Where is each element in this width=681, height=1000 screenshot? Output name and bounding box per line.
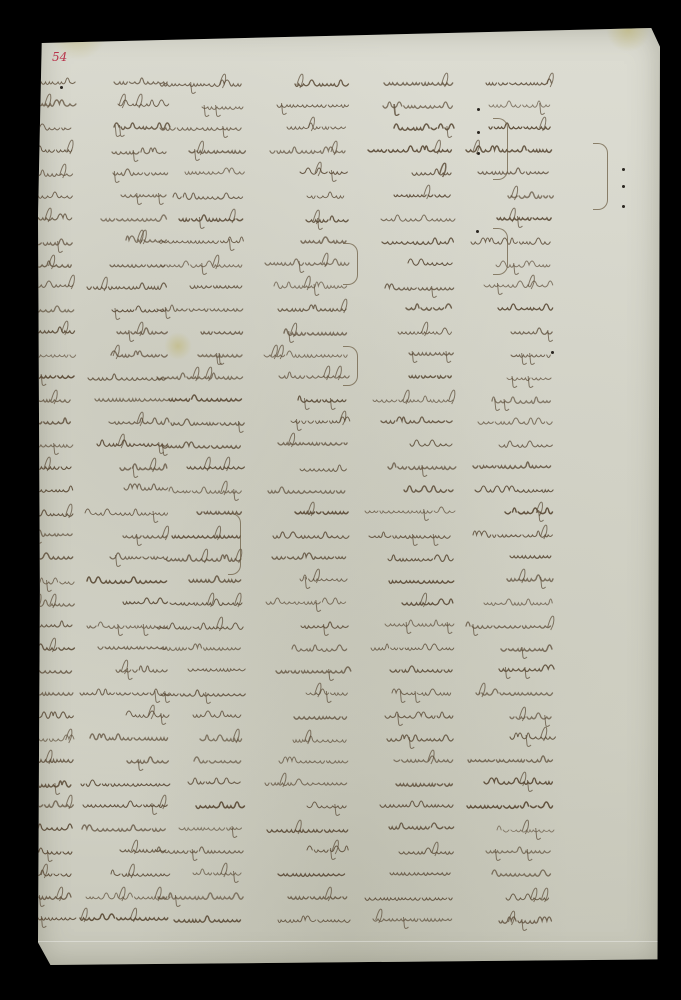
- word-entry: [506, 888, 550, 902]
- word-entry: [484, 275, 550, 289]
- word-entry: [190, 276, 240, 290]
- word-entry: [409, 366, 450, 380]
- word-entry: [88, 368, 165, 382]
- margin-dot: [477, 108, 480, 111]
- word-entry: [173, 187, 240, 201]
- word-entry: [7, 504, 70, 518]
- word-entry: [385, 706, 450, 720]
- word-entry: [492, 391, 550, 405]
- word-entry: [307, 186, 345, 200]
- word-entry: [298, 390, 345, 404]
- word-entry: [404, 480, 450, 494]
- word-entry: [371, 638, 450, 652]
- word-entry: [111, 864, 165, 878]
- word-entry: [277, 95, 345, 109]
- word-entry: [27, 547, 70, 561]
- word-entry: [161, 255, 240, 269]
- word-entry: [171, 413, 240, 427]
- word-entry: [18, 842, 70, 856]
- word-entry: [188, 772, 240, 786]
- grouping-bracket: [493, 228, 508, 275]
- word-entry: [124, 478, 165, 492]
- word-entry: [264, 345, 345, 359]
- word-entry: [111, 345, 165, 359]
- word-entry: [468, 750, 550, 764]
- word-entry: [486, 841, 550, 855]
- word-entry: [412, 163, 450, 177]
- word-entry: [373, 390, 450, 404]
- word-entry: [385, 278, 450, 292]
- word-entry: [466, 616, 550, 630]
- word-entry: [0, 118, 70, 132]
- word-entry: [489, 95, 550, 109]
- word-entry: [0, 729, 70, 743]
- word-entry: [279, 751, 345, 765]
- word-entry: [511, 345, 550, 359]
- word-entry: [162, 436, 240, 450]
- word-entry: [126, 705, 165, 719]
- word-entry: [278, 864, 345, 878]
- word-entry: [287, 117, 345, 131]
- margin-dot: [476, 230, 479, 233]
- word-entry: [383, 96, 450, 110]
- margin-dot: [60, 86, 63, 89]
- word-entry: [120, 840, 165, 854]
- word-entry: [294, 707, 345, 721]
- word-entry: [399, 842, 450, 856]
- margin-dot: [622, 205, 625, 208]
- word-entry: [390, 660, 450, 674]
- grouping-bracket: [228, 513, 241, 575]
- word-entry: [473, 456, 550, 470]
- word-entry: [27, 818, 70, 832]
- word-entry: [291, 411, 345, 425]
- word-entry: [368, 140, 450, 154]
- word-entry: [270, 141, 345, 155]
- word-entry: [510, 707, 550, 721]
- word-entry: [110, 255, 165, 269]
- word-entry: [20, 164, 70, 178]
- word-entry: [17, 412, 70, 426]
- word-entry: [381, 411, 450, 425]
- word-entry: [278, 433, 345, 447]
- word-entry: [85, 503, 165, 517]
- word-entry: [0, 186, 70, 200]
- word-entry: [295, 502, 345, 516]
- word-entry: [97, 434, 165, 448]
- word-entry: [200, 729, 240, 743]
- word-entry: [510, 546, 550, 560]
- word-entry: [87, 277, 165, 291]
- word-entry: [0, 390, 70, 404]
- word-entry: [288, 887, 345, 901]
- word-entry: [499, 659, 550, 673]
- word-entry: [369, 526, 450, 540]
- word-entry: [0, 208, 70, 222]
- word-entry: [381, 209, 450, 223]
- word-entry: [505, 502, 550, 516]
- word-entry: [80, 683, 165, 697]
- word-entry: [279, 366, 345, 380]
- word-entry: [194, 751, 240, 765]
- word-entry: [511, 322, 550, 336]
- word-entry: [202, 97, 240, 111]
- word-entry: [160, 118, 240, 132]
- word-entry: [16, 795, 70, 809]
- word-entry: [118, 94, 165, 108]
- word-entry: [86, 887, 165, 901]
- word-entry: [484, 593, 550, 607]
- word-entry: [82, 819, 165, 833]
- word-entry: [293, 730, 345, 744]
- word-entry: [126, 230, 165, 244]
- word-entry: [2, 140, 70, 154]
- word-entry: [95, 389, 165, 403]
- word-entry: [187, 457, 240, 471]
- word-entry: [25, 524, 70, 538]
- word-entry: [473, 525, 550, 539]
- word-entry: [160, 74, 240, 88]
- word-entry: [116, 660, 165, 674]
- word-entry: [295, 74, 345, 88]
- word-entry: [507, 569, 550, 583]
- paper-stain: [606, 8, 650, 52]
- word-entry: [385, 614, 450, 628]
- word-entry: [30, 345, 70, 359]
- word-entry: [467, 796, 550, 810]
- word-entry: [276, 661, 345, 675]
- word-entry: [497, 208, 550, 222]
- word-entry: [110, 547, 165, 561]
- word-entry: [301, 616, 345, 630]
- word-entry: [307, 840, 345, 854]
- word-entry: [389, 571, 450, 585]
- word-entry: [27, 864, 70, 878]
- word-entry: [123, 592, 165, 606]
- word-entry: [101, 209, 165, 223]
- word-entry: [157, 299, 240, 313]
- word-entry: [499, 911, 550, 925]
- word-entry: [90, 728, 165, 742]
- word-entry: [394, 750, 450, 764]
- word-entry: [198, 345, 240, 359]
- word-entry: [273, 526, 345, 540]
- word-entry: [389, 817, 450, 831]
- word-entry: [0, 255, 70, 269]
- margin-dot: [622, 168, 625, 171]
- word-entry: [120, 458, 165, 472]
- word-entry: [114, 117, 165, 131]
- word-entry: [486, 73, 550, 87]
- word-entry: [388, 457, 450, 471]
- word-entry: [392, 683, 450, 697]
- word-entry: [501, 639, 550, 653]
- word-entry: [278, 910, 345, 924]
- word-entry: [81, 774, 165, 788]
- word-entry: [499, 435, 550, 449]
- word-entry: [382, 232, 450, 246]
- word-entry: [394, 185, 450, 199]
- word-entry: [196, 796, 240, 810]
- word-entry: [508, 186, 550, 200]
- word-entry: [301, 231, 345, 245]
- word-entry: [161, 684, 240, 698]
- word-entry: [497, 820, 550, 834]
- word-entry: [484, 772, 550, 786]
- word-entry: [284, 323, 345, 337]
- word-entry: [123, 526, 165, 540]
- word-entry: [300, 459, 345, 473]
- word-entry: [492, 864, 550, 878]
- word-entry: [27, 72, 70, 86]
- word-entry: [16, 908, 70, 922]
- word-entry: [174, 910, 240, 924]
- word-entry: [402, 593, 450, 607]
- word-entry: [157, 617, 240, 631]
- word-entry: [30, 435, 70, 449]
- word-entry: [265, 773, 345, 787]
- word-entry: [475, 480, 550, 494]
- margin-dot: [477, 152, 480, 155]
- word-entry: [109, 412, 165, 426]
- grouping-bracket: [493, 118, 508, 180]
- word-entry: [161, 638, 240, 652]
- margin-dot: [622, 185, 625, 188]
- word-entry: [292, 639, 345, 653]
- word-entry: [8, 661, 70, 675]
- word-entry: [170, 593, 240, 607]
- word-entry: [121, 185, 165, 199]
- word-entry: [398, 322, 450, 336]
- word-entry: [80, 908, 165, 922]
- word-entry: [476, 683, 550, 697]
- word-entry: [169, 481, 240, 495]
- word-entry: [394, 118, 450, 132]
- word-entry: [373, 909, 450, 923]
- margin-dot: [477, 131, 480, 134]
- word-entry: [0, 300, 70, 314]
- word-entry: [410, 434, 450, 448]
- word-entry: [300, 569, 345, 583]
- manuscript-page: 54: [38, 28, 660, 965]
- word-entry: [188, 659, 240, 673]
- word-entry: [28, 480, 70, 494]
- word-entry: [31, 366, 70, 380]
- word-entry: [265, 253, 345, 267]
- word-entry: [87, 616, 165, 630]
- word-entry: [114, 72, 165, 86]
- word-entry: [267, 820, 345, 834]
- word-entry: [300, 162, 345, 176]
- word-entry: [159, 231, 240, 245]
- word-entry: [266, 592, 345, 606]
- word-entry: [365, 501, 450, 515]
- word-entry: [387, 729, 450, 743]
- word-column-col-1: [38, 28, 70, 965]
- word-entry: [179, 818, 240, 832]
- word-entry: [274, 276, 345, 290]
- word-entry: [158, 887, 240, 901]
- word-entry: [380, 795, 450, 809]
- word-entry: [498, 298, 550, 312]
- word-entry: [478, 412, 550, 426]
- word-entry: [157, 367, 240, 381]
- word-entry: [193, 863, 240, 877]
- word-entry: [0, 683, 70, 697]
- grouping-bracket: [593, 143, 608, 210]
- word-entry: [272, 547, 345, 561]
- word-entry: [113, 163, 165, 177]
- word-entry: [390, 863, 450, 877]
- word-entry: [179, 209, 240, 223]
- word-entry: [471, 232, 550, 246]
- word-entry: [0, 594, 70, 608]
- word-entry: [0, 94, 70, 108]
- word-entry: [4, 457, 70, 471]
- word-entry: [17, 615, 70, 629]
- word-entry: [408, 253, 450, 267]
- word-entry: [19, 275, 70, 289]
- word-entry: [510, 727, 550, 741]
- word-entry: [189, 141, 240, 155]
- margin-dot: [551, 351, 554, 354]
- word-entry: [0, 233, 70, 247]
- word-entry: [117, 322, 165, 336]
- grouping-bracket: [343, 346, 358, 386]
- word-entry: [17, 321, 70, 335]
- word-entry: [0, 638, 70, 652]
- word-entry: [388, 549, 450, 563]
- word-entry: [127, 751, 165, 765]
- word-entry: [27, 572, 70, 586]
- word-entry: [396, 774, 450, 788]
- word-entry: [409, 343, 450, 357]
- word-entry: [306, 210, 345, 224]
- word-entry: [25, 887, 70, 901]
- word-entry: [11, 706, 70, 720]
- grouping-bracket: [343, 243, 358, 285]
- word-entry: [306, 683, 345, 697]
- word-entry: [365, 888, 450, 902]
- word-entry: [2, 750, 70, 764]
- word-entry: [193, 705, 240, 719]
- word-entry: [157, 841, 240, 855]
- word-entry: [24, 775, 70, 789]
- word-entry: [384, 73, 450, 87]
- word-entry: [112, 142, 165, 156]
- word-entry: [278, 299, 345, 313]
- word-entry: [98, 637, 165, 651]
- word-entry: [507, 368, 550, 382]
- word-entry: [83, 795, 165, 809]
- word-entry: [169, 389, 240, 403]
- word-entry: [478, 162, 550, 176]
- word-entry: [185, 162, 240, 176]
- word-entry: [268, 481, 345, 495]
- word-entry: [201, 322, 240, 336]
- word-entry: [112, 300, 165, 314]
- word-entry: [87, 571, 165, 585]
- word-entry: [406, 298, 450, 312]
- word-entry: [307, 796, 345, 810]
